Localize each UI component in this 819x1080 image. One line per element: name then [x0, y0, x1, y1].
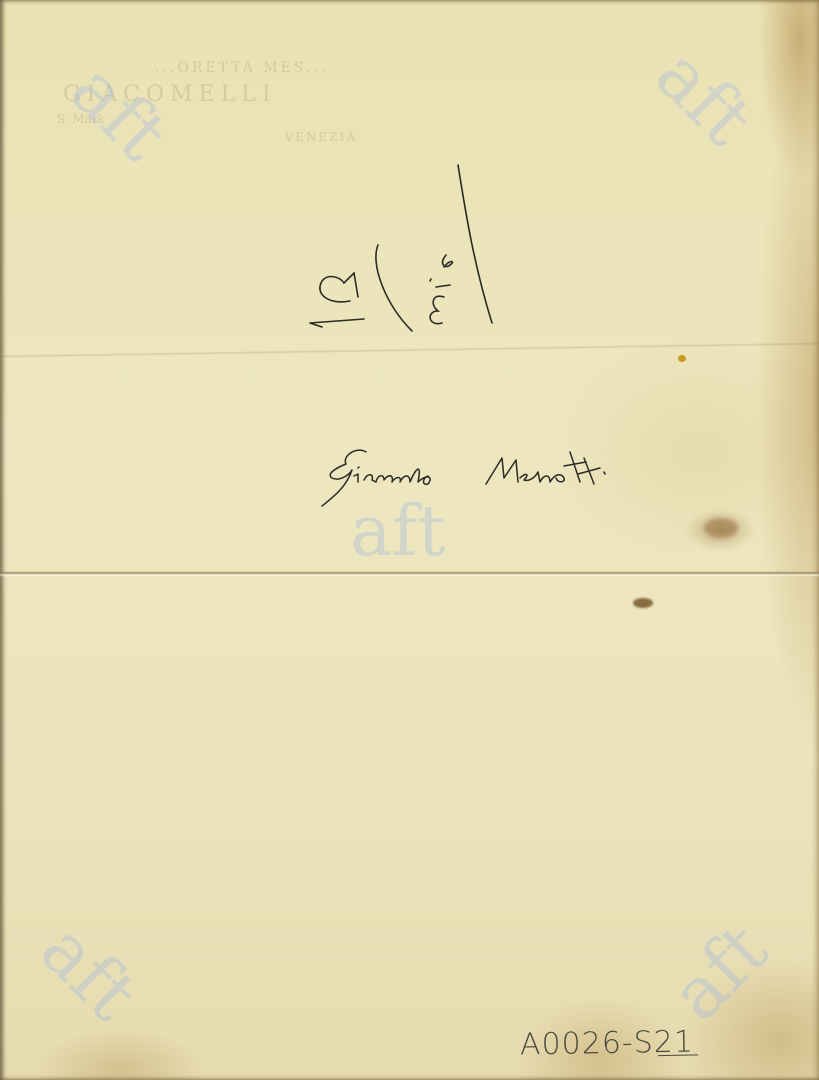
catalog-number: A0026-S21	[520, 1024, 695, 1062]
letterhead-address: S. Mark	[57, 112, 105, 126]
watermark-aft: aft	[640, 32, 769, 161]
handwritten-copies-note	[300, 155, 500, 345]
watermark-aft: aft	[350, 490, 446, 572]
signature-giancarlo-menotti	[318, 438, 648, 518]
letterhead-top-text: ...ORETTA MES...	[155, 60, 328, 76]
stain	[678, 355, 686, 362]
fold-line-upper	[0, 343, 819, 357]
watermark-aft: aft	[655, 907, 784, 1036]
letterhead-city: VENEZIA	[285, 130, 357, 144]
letterhead-show-through: ...ORETTA MES... GIACOMELLI S. Mark VENE…	[55, 60, 365, 160]
stain	[633, 598, 653, 608]
fold-line-lower	[0, 572, 819, 574]
watermark-aft: aft	[55, 47, 184, 176]
document-sheet: ...ORETTA MES... GIACOMELLI S. Mark VENE…	[0, 0, 819, 1080]
watermark-aft: aft	[25, 907, 154, 1036]
letterhead-name: GIACOMELLI	[63, 82, 277, 107]
stain	[704, 518, 738, 538]
